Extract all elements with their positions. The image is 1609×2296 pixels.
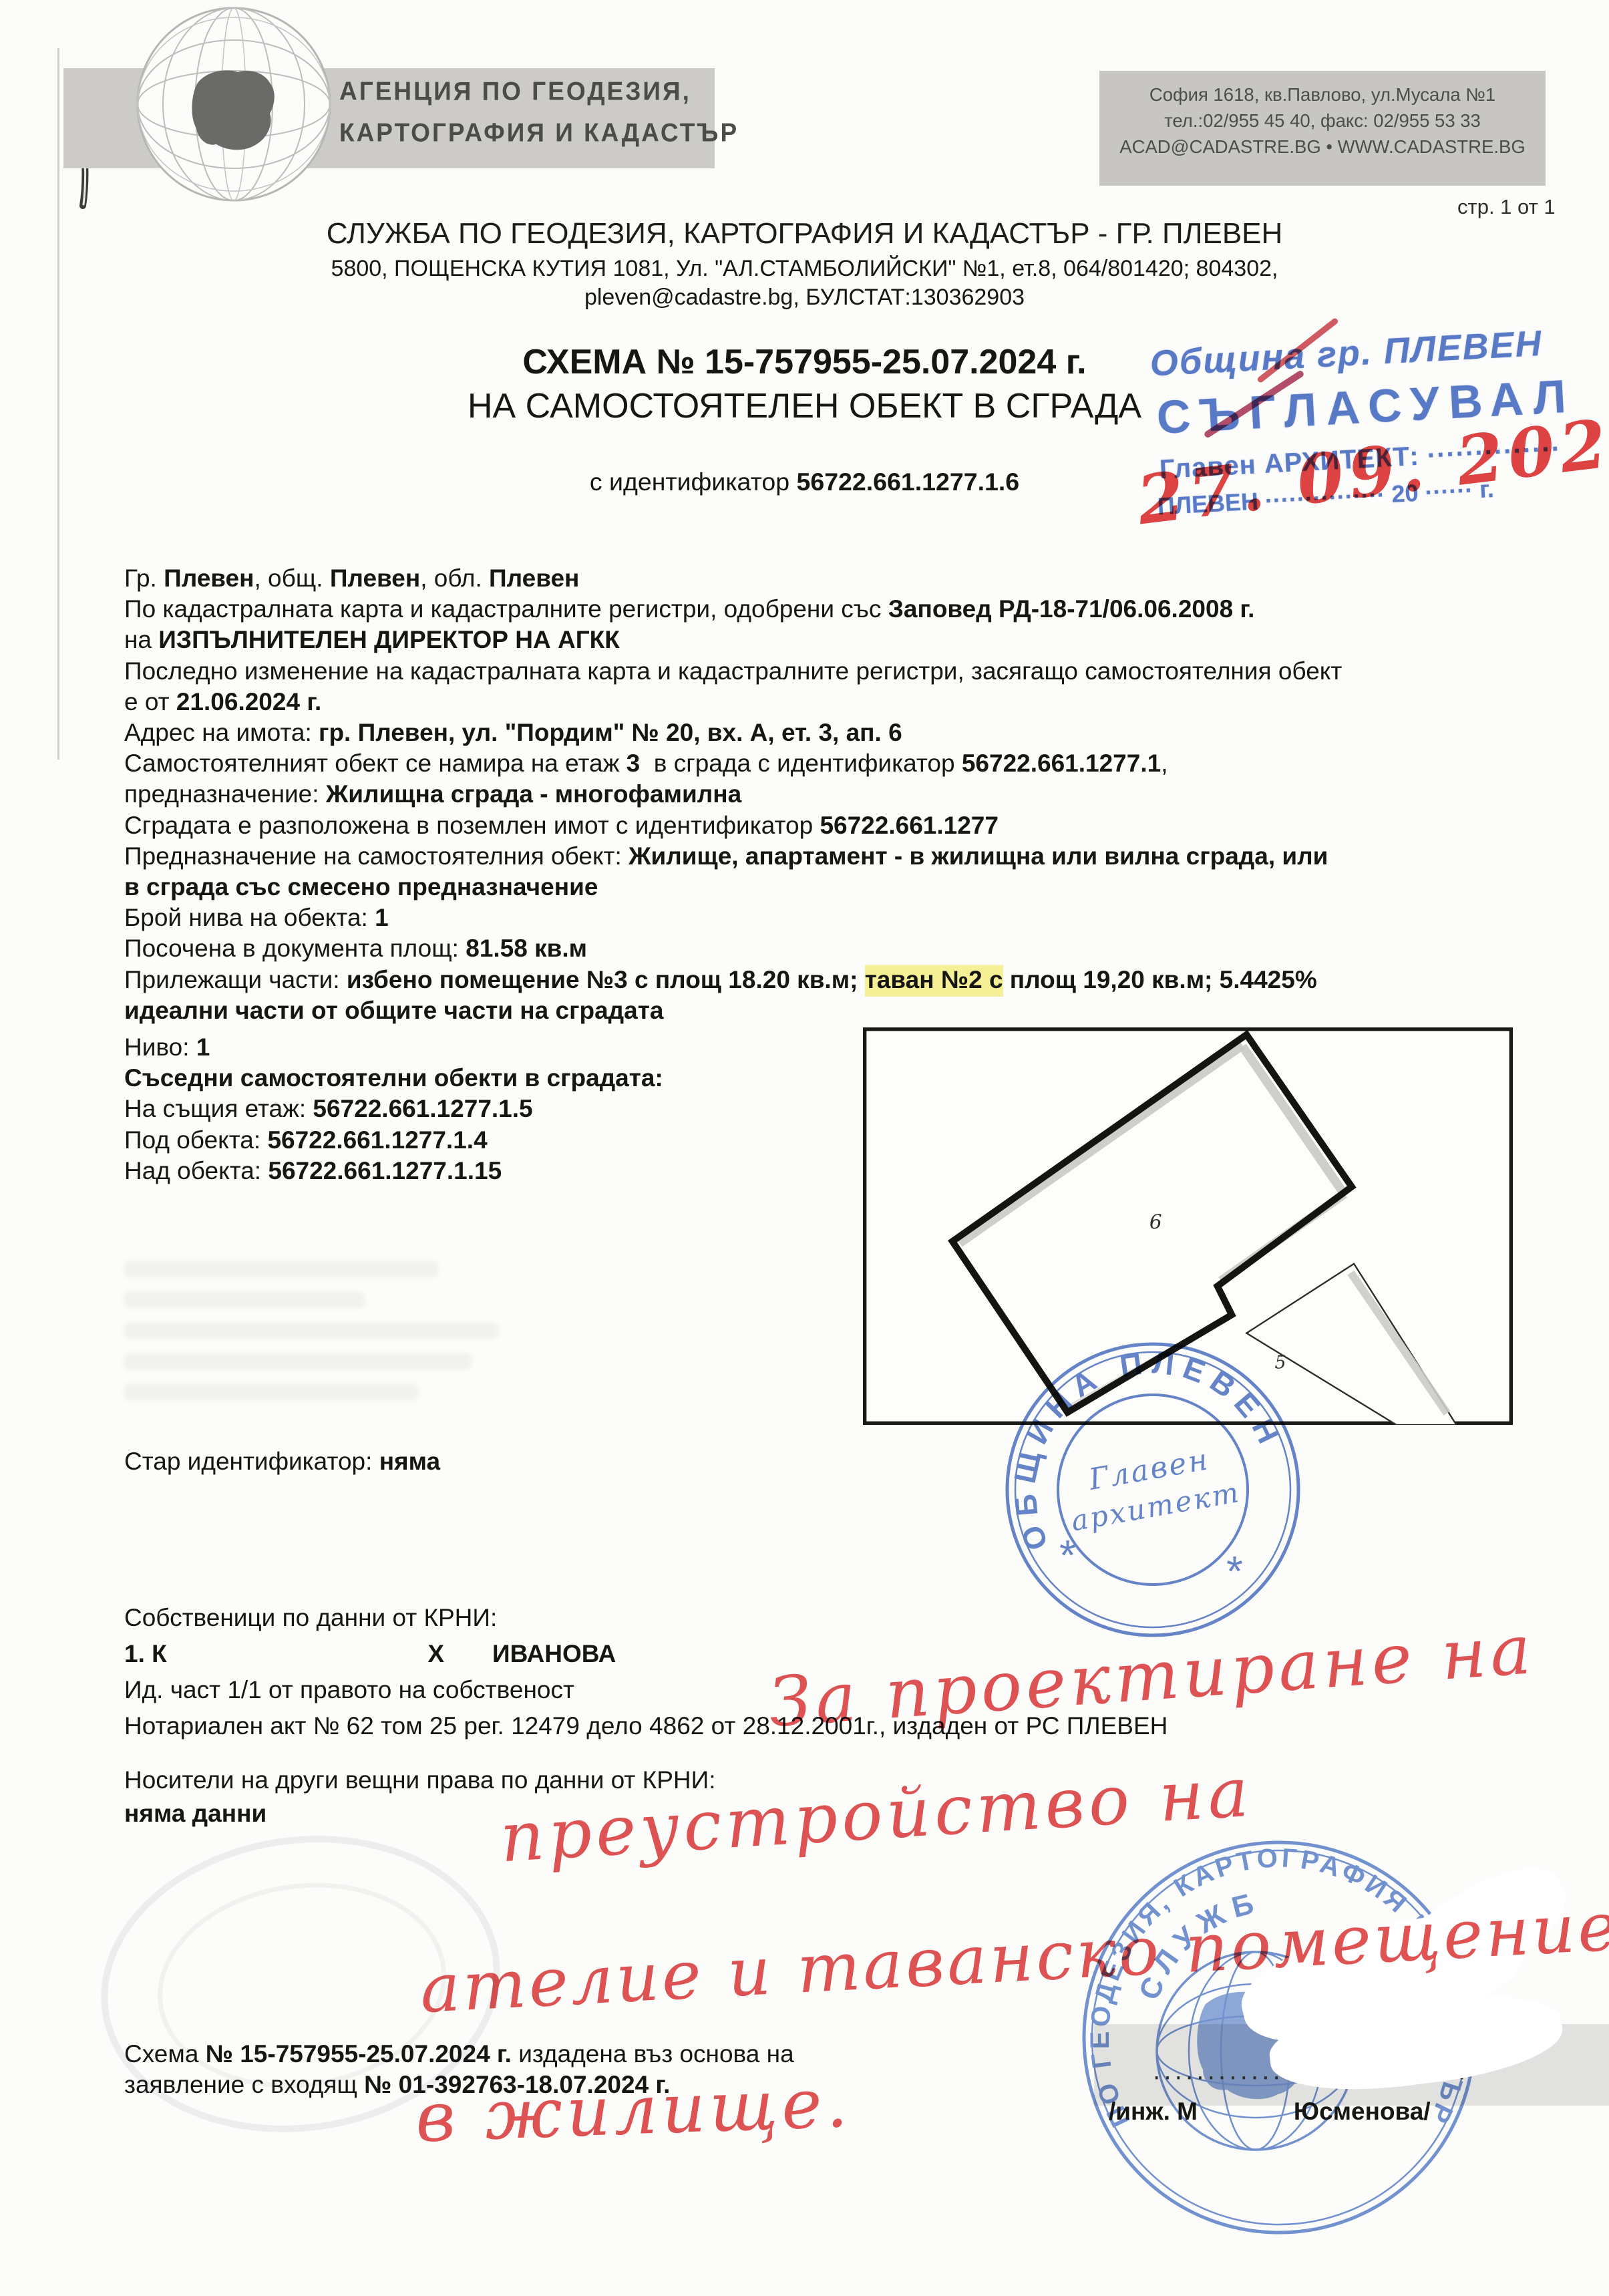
body-line: в сграда със смесено предназначение [124,872,1560,903]
level-line: Под обекта: 56722.661.1277.1.4 [124,1125,859,1156]
body-line: Адрес на имота: гр. Плевен, ул. "Пордим"… [124,717,1560,748]
office-title: СЛУЖБА ПО ГЕОДЕЗИЯ, КАРТОГРАФИЯ И КАДАСТ… [0,217,1609,251]
body-line: По кадастралната карта и кадастралните р… [124,594,1560,625]
header-address-line1: София 1618, кв.Павлово, ул.Мусала №1 [1099,81,1546,108]
ghost-text-artifact [124,1353,472,1369]
municipality-stamp-deco-left: * [1059,1531,1076,1579]
ghost-text-artifact [124,1384,418,1400]
level-line: На същия етаж: 56722.661.1277.1.5 [124,1094,859,1124]
header-address-box: София 1618, кв.Павлово, ул.Мусала №1 тел… [1099,71,1546,186]
body-line: Предназначение на самостоятелния обект: … [124,841,1560,872]
municipality-round-stamp: ОБЩИНА ПЛЕВЕН Главен архитект * * [1001,1337,1305,1642]
ghost-text-artifact [124,1323,498,1339]
office-contacts: pleven@cadastre.bg, БУЛСТАТ:130362903 [0,285,1609,311]
level-line: Съседни самостоятелни обекти в сградата: [124,1063,859,1094]
agency-globe-logo-icon [134,4,334,204]
body-line: е от 21.06.2024 г. [124,687,1560,717]
property-description: Гр. Плевен, общ. Плевен, обл. Плевен По … [124,563,1560,1026]
ghost-text-artifact [124,1261,438,1277]
body-line: на ИЗПЪЛНИТЕЛЕН ДИРЕКТОР НА АГКК [124,625,1560,655]
header-address-line2: тел.:02/955 45 40, факс: 02/955 53 33 [1099,108,1546,134]
old-identifier: Стар идентификатор: няма [124,1446,440,1477]
neighbour-objects: Ниво: 1 Съседни самостоятелни обекти в с… [124,1032,859,1186]
body-line: предназначение: Жилищна сграда - многофа… [124,779,1560,810]
body-line: Самостоятелният обект се намира на етаж … [124,748,1560,779]
footer-line: заявление с входящ № 01-392763-18.07.202… [124,2070,993,2100]
agency-name-line1: АГЕНЦИЯ ПО ГЕОДЕЗИЯ, [339,77,691,107]
municipality-stamp-deco-right: * [1226,1547,1243,1595]
issued-statement: Схема № 15-757955-25.07.2024 г. издадена… [124,2039,993,2100]
level-line: Ниво: 1 [124,1032,859,1063]
cadastre-scheme-document: София 1618, кв.Павлово, ул.Мусала №1 тел… [0,0,1609,2296]
body-line: идеални части от общите части на сградат… [124,995,1560,1026]
page-number: стр. 1 от 1 [1457,195,1556,219]
ghost-text-artifact [124,1292,365,1308]
footer-line: Схема № 15-757955-25.07.2024 г. издадена… [124,2039,993,2070]
body-line: Брой нива на обекта: 1 [124,903,1560,933]
body-line: Сградата е разположена в поземлен имот с… [124,810,1560,841]
office-address: 5800, ПОЩЕНСКА КУТИЯ 1081, Ул. "АЛ.СТАМБ… [0,256,1609,282]
plan-unit6-label: 6 [1149,1211,1162,1234]
body-line: Последно изменение на кадастралната карт… [124,656,1560,687]
body-line: Гр. Плевен, общ. Плевен, обл. Плевен [124,563,1560,594]
body-line: Посочена в документа площ: 81.58 кв.м [124,933,1560,964]
level-line: Над обекта: 56722.661.1277.1.15 [124,1156,859,1186]
agency-name-line2: КАРТОГРАФИЯ И КАДАСТЪР [339,118,739,148]
body-line: Прилежащи части: избено помещение №3 с п… [124,965,1560,995]
signer-name: /инж. М Юсменова/ [1109,2098,1431,2126]
header-address-line3: ACAD@CADASTRE.BG • WWW.CADASTRE.BG [1099,134,1546,160]
